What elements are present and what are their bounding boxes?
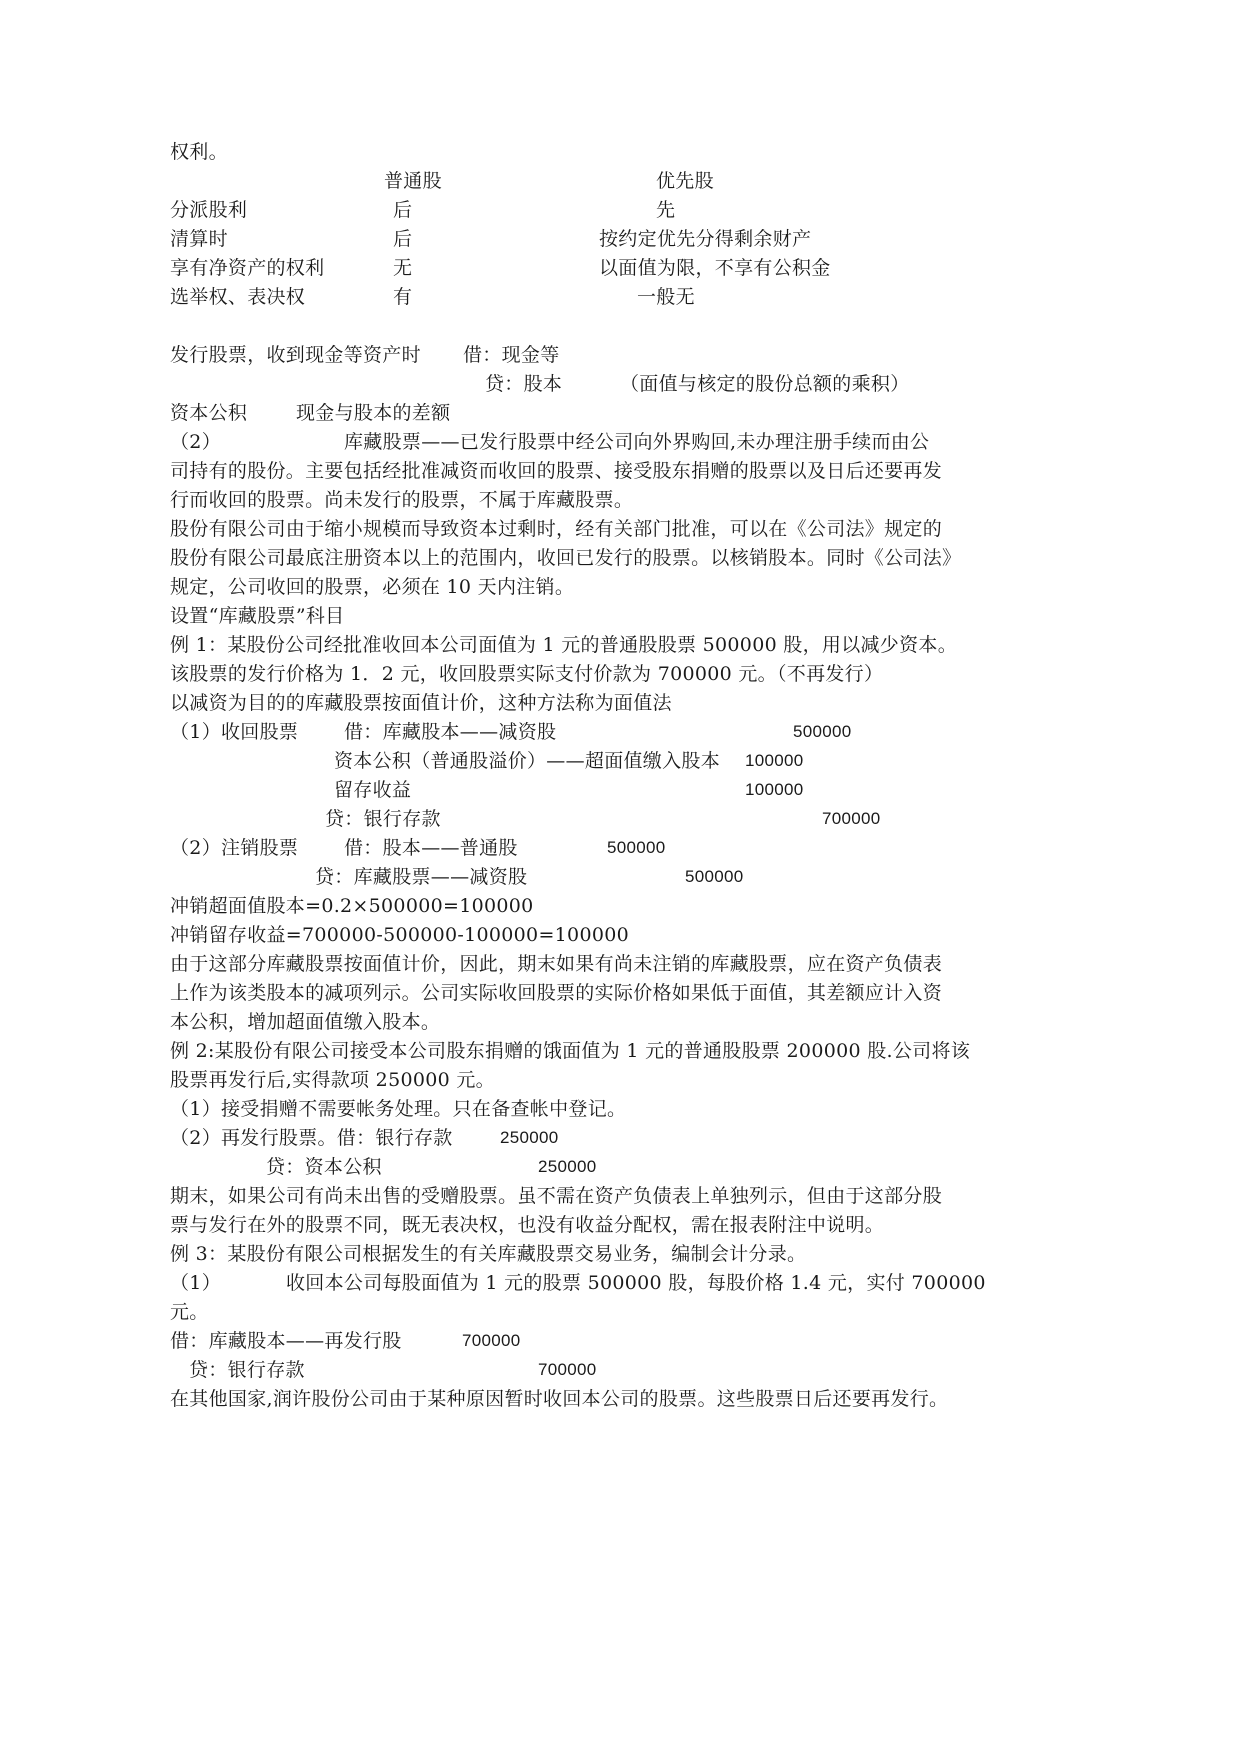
- example1-method: 以减资为目的的库藏股票按面值计价，这种方法称为面值法: [170, 691, 672, 715]
- example2-text: 股票再发行后,实得款项 250000 元。: [170, 1068, 495, 1092]
- example2-note: 期末，如果公司有尚未出售的受赠股票。虽不需在资产负债表上单独列示，但由于这部分股: [170, 1184, 942, 1208]
- section-number: （1）: [170, 1271, 221, 1295]
- issue-entry-credit: 贷：股本: [485, 372, 562, 396]
- table-row-label: 选举权、表决权: [170, 285, 305, 309]
- journal-debit: 借：股本——普通股: [344, 836, 518, 860]
- treasury-paragraph: 规定，公司收回的股票，必须在 10 天内注销。: [170, 575, 574, 599]
- table-cell-common: 后: [393, 198, 412, 222]
- table-row-label: 清算时: [170, 227, 228, 251]
- calculation: 冲销留存收益=700000-500000-100000=100000: [170, 923, 629, 947]
- journal-amount: 700000: [462, 1329, 521, 1353]
- journal-amount: 500000: [685, 865, 744, 889]
- journal-step-label: （2）注销股票: [170, 836, 298, 860]
- example2-text: 例 2:某股份有限公司接受本公司股东捐赠的饿面值为 1 元的普通股股票 2000…: [170, 1039, 970, 1063]
- table-cell-preferred: 以面值为限，不享有公积金: [599, 256, 831, 280]
- journal-amount: 500000: [607, 836, 666, 860]
- journal-credit: 贷：资本公积: [266, 1155, 382, 1179]
- closing-text: 在其他国家,润许股份公司由于某种原因暂时收回本公司的股票。这些股票日后还要再发行…: [170, 1387, 948, 1411]
- treasury-paragraph: 股份有限公司由于缩小规模而导致资本过剩时，经有关部门批准，可以在《公司法》规定的: [170, 517, 942, 541]
- journal-debit: 借：库藏股本——减资股: [344, 720, 556, 744]
- journal-amount: 700000: [822, 807, 881, 831]
- table-row-label: 分派股利: [170, 198, 247, 222]
- treasury-definition: 司持有的股份。主要包括经批准减资而收回的股票、接受股东捐赠的股票以及日后还要再发: [170, 459, 942, 483]
- example2-note: 票与发行在外的股票不同，既无表决权，也没有收益分配权，需在报表附注中说明。: [170, 1213, 884, 1237]
- calculation: 冲销超面值股本=0.2×500000=100000: [170, 894, 534, 918]
- journal-amount: 250000: [500, 1126, 559, 1150]
- example3-step: 收回本公司每股面值为 1 元的股票 500000 股，每股价格 1.4 元，实付…: [286, 1271, 986, 1295]
- account-setup: 设置“库藏股票”科目: [170, 604, 344, 628]
- treasury-paragraph: 股份有限公司最底注册资本以上的范围内，收回已发行的股票。以核销股本。同时《公司法…: [170, 546, 961, 570]
- treasury-definition: 库藏股票——已发行股票中经公司向外界购回,未办理注册手续而由公: [344, 430, 929, 454]
- journal-amount: 250000: [538, 1155, 597, 1179]
- example3-step: 元。: [170, 1300, 209, 1324]
- table-header-preferred: 优先股: [656, 169, 714, 193]
- journal-credit: 贷：银行存款: [325, 807, 441, 831]
- journal-debit: 留存收益: [334, 778, 411, 802]
- example1-text: 该股票的发行价格为 1．2 元，收回股票实际支付价款为 700000 元。（不再…: [170, 662, 883, 686]
- capital-reserve-note: 现金与股本的差额: [296, 401, 450, 425]
- journal-amount: 100000: [745, 778, 804, 802]
- document-page: 权利。 普通股 优先股 分派股利 后 先 清算时 后 按约定优先分得剩余财产 享…: [0, 0, 1241, 1754]
- example3-text: 例 3：某股份有限公司根据发生的有关库藏股票交易业务，编制会计分录。: [170, 1242, 806, 1266]
- capital-reserve-label: 资本公积: [170, 401, 247, 425]
- journal-credit: 贷：库藏股票——减资股: [315, 865, 527, 889]
- example1-note: 上作为该类股本的减项列示。公司实际收回股票的实际价格如果低于面值，其差额应计入资: [170, 981, 942, 1005]
- treasury-definition: 行而收回的股票。尚未发行的股票，不属于库藏股票。: [170, 488, 633, 512]
- journal-debit: 借：库藏股本——再发行股: [170, 1329, 402, 1353]
- example1-text: 例 1：某股份公司经批准收回本公司面值为 1 元的普通股股票 500000 股，…: [170, 633, 957, 657]
- table-cell-preferred: 先: [656, 198, 675, 222]
- journal-amount: 700000: [538, 1358, 597, 1382]
- issue-entry-note: （面值与核定的股份总额的乘积）: [620, 372, 910, 396]
- table-cell-common: 无: [393, 256, 412, 280]
- example2-step: （1）接受捐赠不需要帐务处理。只在备查帐中登记。: [170, 1097, 626, 1121]
- intro-tail: 权利。: [170, 140, 228, 164]
- journal-credit: 贷：银行存款: [189, 1358, 305, 1382]
- table-cell-preferred: 一般无: [637, 285, 695, 309]
- table-row-label: 享有净资产的权利: [170, 256, 324, 280]
- example1-note: 由于这部分库藏股票按面值计价，因此，期末如果有尚未注销的库藏股票，应在资产负债表: [170, 952, 942, 976]
- example2-step: （2）再发行股票。借：银行存款: [170, 1126, 453, 1150]
- journal-amount: 100000: [745, 749, 804, 773]
- journal-debit: 资本公积（普通股溢价）——超面值缴入股本: [334, 749, 720, 773]
- example1-note: 本公积，增加超面值缴入股本。: [170, 1010, 440, 1034]
- table-header-common: 普通股: [384, 169, 442, 193]
- journal-step-label: （1）收回股票: [170, 720, 298, 744]
- journal-amount: 500000: [793, 720, 852, 744]
- issue-entry-label: 发行股票，收到现金等资产时: [170, 343, 421, 367]
- table-cell-preferred: 按约定优先分得剩余财产: [599, 227, 811, 251]
- table-cell-common: 后: [393, 227, 412, 251]
- issue-entry-debit: 借：现金等: [463, 343, 560, 367]
- section-number: （2）: [170, 430, 221, 454]
- table-cell-common: 有: [393, 285, 412, 309]
